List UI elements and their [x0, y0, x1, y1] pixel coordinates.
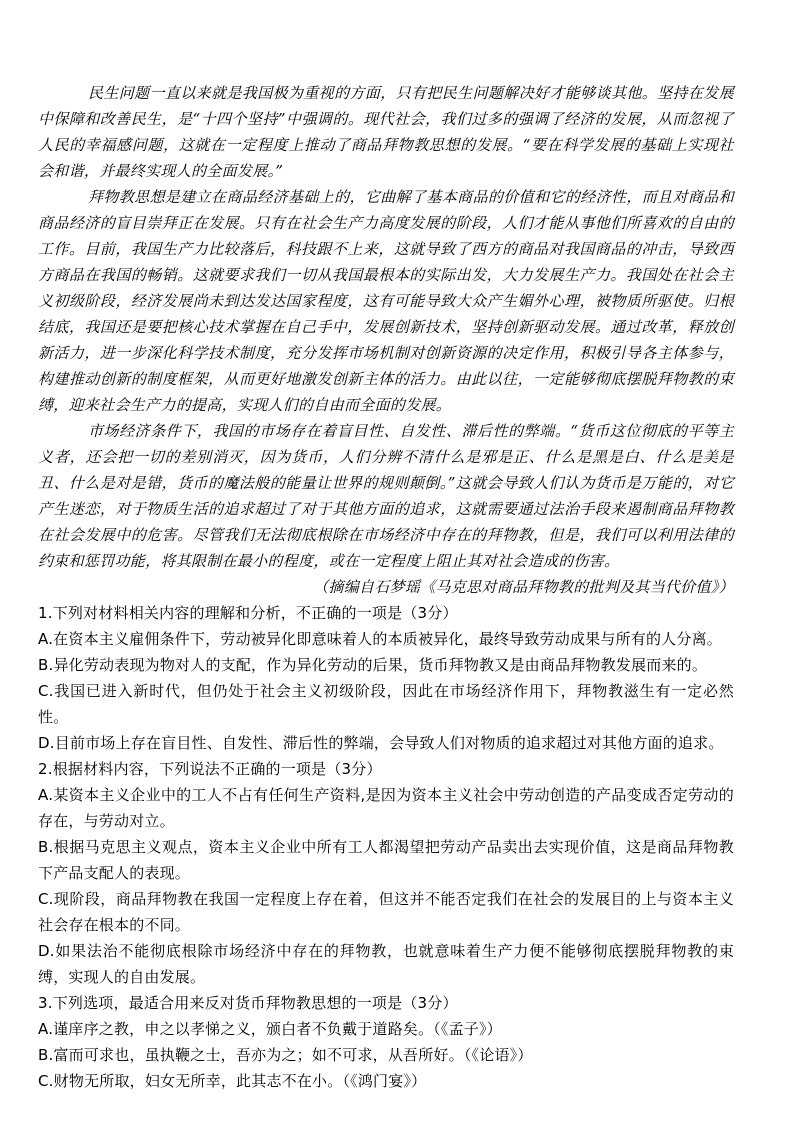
question-3-option-b: B.富而可求也，虽执鞭之士，吾亦为之；如不可求，从吾所好。（《论语》）	[38, 1042, 734, 1068]
passage-paragraph-3: 市场经济条件下，我国的市场存在着盲目性、自发性、滞后性的弊端。“货币这位彻底的平…	[38, 418, 734, 574]
question-3: 3.下列选项，最适合用来反对货币拜物教思想的一项是（3分） A.谨庠序之教，申之…	[38, 990, 734, 1094]
reading-passage: 民生问题一直以来就是我国极为重视的方面，只有把民生问题解决好才能够谈其他。坚持在…	[38, 80, 734, 600]
question-1: 1.下列对材料相关内容的理解和分析，不正确的一项是（3分） A.在资本主义雇佣条…	[38, 600, 734, 756]
question-1-option-a: A.在资本主义雇佣条件下，劳动被异化即意味着人的本质被异化，最终导致劳动成果与所…	[38, 626, 734, 652]
question-2-option-a: A.某资本主义企业中的工人不占有任何生产资料,是因为资本主义社会中劳动创造的产品…	[38, 782, 734, 834]
question-2-stem: 2.根据材料内容，下列说法不正确的一项是（3分）	[38, 756, 734, 782]
passage-paragraph-1: 民生问题一直以来就是我国极为重视的方面，只有把民生问题解决好才能够谈其他。坚持在…	[38, 80, 734, 184]
question-3-option-a: A.谨庠序之教，申之以孝悌之义，颁白者不负戴于道路矣。（《孟子》）	[38, 1016, 734, 1042]
passage-paragraph-2: 拜物教思想是建立在商品经济基础上的，它曲解了基本商品的价值和它的经济性，而且对商…	[38, 184, 734, 418]
question-1-option-b: B.异化劳动表现为物对人的支配，作为异化劳动的后果，货币拜物教又是由商品拜物教发…	[38, 652, 734, 678]
question-2: 2.根据材料内容，下列说法不正确的一项是（3分） A.某资本主义企业中的工人不占…	[38, 756, 734, 990]
question-3-stem: 3.下列选项，最适合用来反对货币拜物教思想的一项是（3分）	[38, 990, 734, 1016]
exam-page: 民生问题一直以来就是我国极为重视的方面，只有把民生问题解决好才能够谈其他。坚持在…	[0, 0, 794, 1123]
passage-attribution: （摘编自石梦瑶《马克思对商品拜物教的批判及其当代价值》）	[38, 574, 734, 600]
question-1-option-c: C.我国已进入新时代，但仍处于社会主义初级阶段，因此在市场经济作用下，拜物教滋生…	[38, 678, 734, 730]
question-2-option-b: B.根据马克思主义观点，资本主义企业中所有工人都渴望把劳动产品卖出去实现价值，这…	[38, 834, 734, 886]
question-1-option-d: D.目前市场上存在盲目性、自发性、滞后性的弊端，会导致人们对物质的追求超过对其他…	[38, 730, 734, 756]
question-1-stem: 1.下列对材料相关内容的理解和分析，不正确的一项是（3分）	[38, 600, 734, 626]
question-3-option-c: C.财物无所取，妇女无所幸，此其志不在小。（《鸿门宴》）	[38, 1068, 734, 1094]
question-2-option-d: D.如果法治不能彻底根除市场经济中存在的拜物教，也就意味着生产力便不能够彻底摆脱…	[38, 938, 734, 990]
question-section: 1.下列对材料相关内容的理解和分析，不正确的一项是（3分） A.在资本主义雇佣条…	[38, 600, 734, 1094]
question-2-option-c: C.现阶段，商品拜物教在我国一定程度上存在着，但这并不能否定我们在社会的发展目的…	[38, 886, 734, 938]
